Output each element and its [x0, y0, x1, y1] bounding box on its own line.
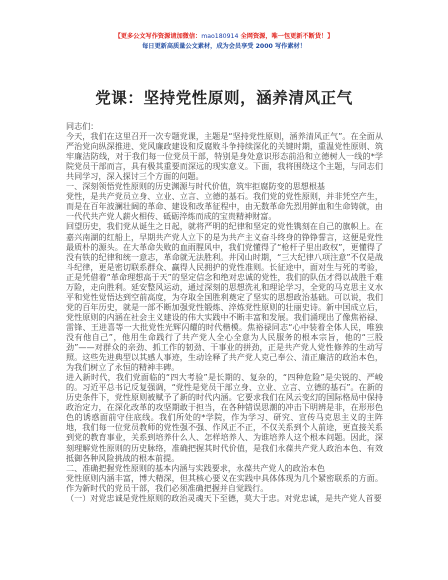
- document-page: 【更多公文写作资源请加微信：mao180914 全网资源，唯一包更新不断货！】 …: [0, 0, 448, 580]
- paragraph: 党性原则内涵丰富，博大精深，但其核心要义在实践中具体体现为几个紧密联系的方面。作…: [66, 473, 383, 493]
- salutation: 同志们：: [66, 121, 383, 131]
- promo-banner-suffix: 全网资源，唯一包更新不断货！】: [238, 33, 333, 40]
- paragraph-intro: 今天，我们在这里召开一次专题党课，主题是“坚持党性原则，涵养清风正气”。在全面从…: [66, 131, 383, 181]
- document-title: 党课：坚持党性原则，涵养清风正气: [0, 88, 448, 108]
- document-body: 同志们： 今天，我们在这里召开一次专题党课，主题是“坚持党性原则，涵养清风正气”…: [66, 121, 383, 503]
- paragraph: 党性，是共产党员立身、立业、立言、立德的基石。我们党的党性原则，并非凭空产生，而…: [66, 191, 383, 221]
- paragraph: 进入新时代，我们党面临的“四大考验”是长期的、复杂的，“四种危险”是尖锐的、严峻…: [66, 372, 383, 462]
- promo-wechat-id: mao180914: [201, 33, 238, 40]
- paragraph: 回望历史，我们党从诞生之日起，就将严明的纪律和坚定的党性镌刻在自己的旗帜上。在嘉…: [66, 221, 383, 372]
- section-heading-1: 一、深刻领悟党性原则的历史渊源与时代价值，筑牢拒腐防变的思想根基: [66, 181, 383, 191]
- promo-banner-line-1: 【更多公文写作资源请加微信：mao180914 全网资源，唯一包更新不断货！】: [0, 33, 448, 41]
- promo-banner-line-2: 每日更新高质量公文素材，成为会员享受 2000 写作素材！: [0, 43, 448, 51]
- subsection-heading-1: （一）对党忠诚是党性原则的政治灵魂天下至德，莫大于忠。对党忠诚，是共产党人首要: [66, 493, 383, 503]
- promo-banner-prefix: 【更多公文写作资源请加微信：: [115, 33, 202, 40]
- section-heading-2: 二、准确把握党性原则的基本内涵与实践要求，永葆共产党人的政治本色: [66, 463, 383, 473]
